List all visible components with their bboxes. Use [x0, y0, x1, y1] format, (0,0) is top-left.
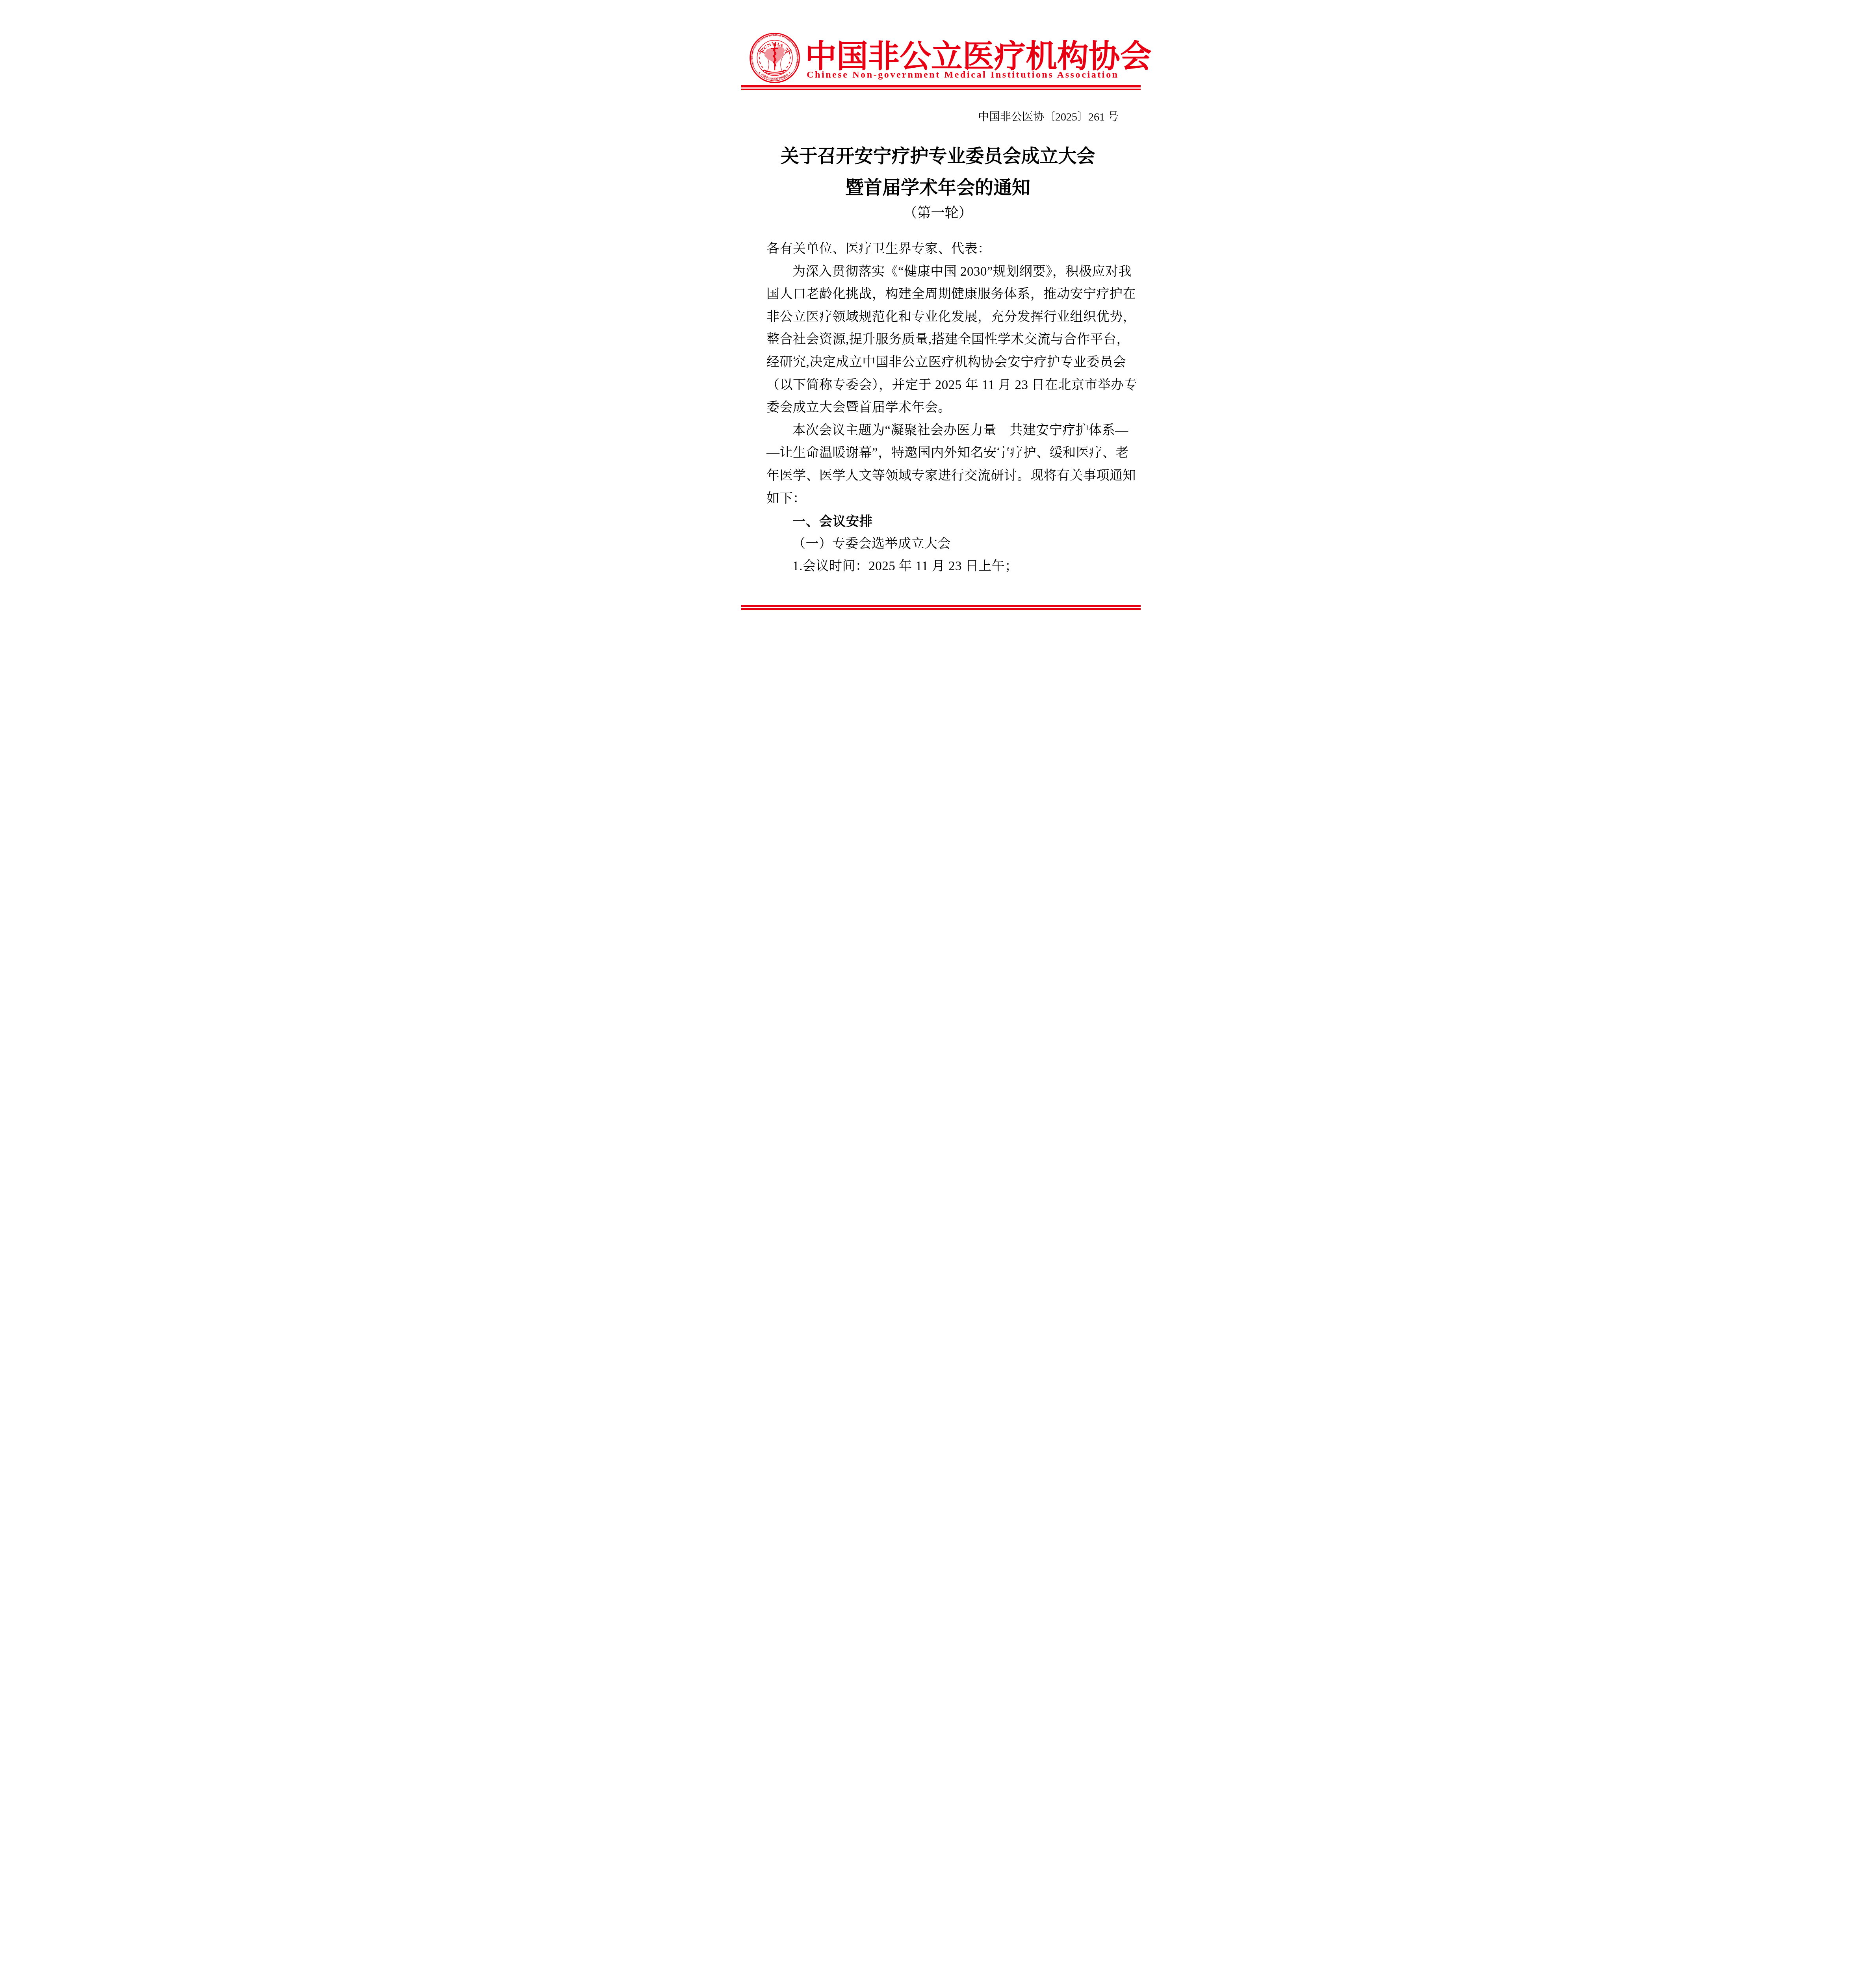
footer-rule-thin [741, 605, 1141, 607]
org-name-char: 构 [1057, 40, 1089, 73]
section-heading-meeting-arrangement: 一、会议安排 [766, 510, 1121, 533]
notice-title-line2: 暨首届学术年会的通知 [749, 176, 1127, 199]
body-line: —让生命温暖谢幕”，特邀国内外知名安宁疗护、缓和医疗、老 [766, 442, 1121, 465]
org-name-char: 立 [931, 40, 963, 73]
cnmia-seal-logo: CHINESE NON-GOVERNMENT MEDICAL INSTITUTI… [749, 32, 800, 83]
body-line: 为深入贯彻落实《“健康中国 2030”规划纲要》，积极应对我 [766, 261, 1121, 284]
org-name-char: 医 [963, 40, 994, 73]
notice-title-line1: 关于召开安宁疗护专业委员会成立大会 [749, 145, 1127, 168]
header-rule-thin [741, 89, 1141, 90]
body-line: 本次会议主题为“凝聚社会办医力量 共建安宁疗护体系— [766, 419, 1121, 442]
notice-title-round: （第一轮） [749, 204, 1127, 222]
org-name-char: 机 [1026, 40, 1057, 73]
salutation-line: 各有关单位、医疗卫生界专家、代表： [766, 238, 1121, 261]
body-line: 如下： [766, 488, 1121, 510]
header-rule-thick [741, 85, 1141, 87]
body-line: 年医学、医学人文等领域专家进行交流研讨。现将有关事项通知 [766, 465, 1121, 488]
body-line: 委会成立大会暨首届学术年会。 [766, 397, 1121, 419]
org-name-en: Chinese Non-government Medical Instituti… [807, 69, 1144, 80]
org-name-cn: 中国非公立医疗机构协会 [805, 40, 1132, 73]
subsection-heading-founding-congress: （一）专委会选举成立大会 [766, 533, 1121, 556]
body-line: （以下简称专委会），并定于 2025 年 11 月 23 日在北京市举办专 [766, 374, 1121, 397]
org-name-char: 疗 [994, 40, 1026, 73]
body-line: 国人口老龄化挑战，构建全周期健康服务体系，推动安宁疗护在 [766, 283, 1121, 306]
org-name-char: 会 [1120, 40, 1152, 73]
seal-chevrons-left [758, 48, 765, 53]
org-name-char: 非 [868, 40, 900, 73]
footer-rule-thick [741, 608, 1141, 610]
meeting-time-line: 1.会议时间：2025 年 11 月 23 日上午； [766, 555, 1121, 578]
body-line: 整合社会资源,提升服务质量,搭建全国性学术交流与合作平台， [766, 328, 1121, 351]
notice-body: 各有关单位、医疗卫生界专家、代表： 为深入贯彻落实《“健康中国 2030”规划纲… [766, 238, 1121, 578]
org-name-char: 中 [805, 40, 837, 73]
org-name-char: 公 [900, 40, 931, 73]
org-name-char: 协 [1089, 40, 1120, 73]
document-number: 中国非公医协〔2025〕261 号 [766, 111, 1119, 124]
document-page: CHINESE NON-GOVERNMENT MEDICAL INSTITUTI… [703, 0, 1173, 663]
body-line: 经研究,决定成立中国非公立医疗机构协会安宁疗护专业委员会 [766, 351, 1121, 374]
body-line: 非公立医疗领域规范化和专业化发展，充分发挥行业组织优势， [766, 306, 1121, 329]
seal-chevrons-right [785, 48, 791, 53]
org-name-char: 国 [837, 40, 868, 73]
cnmia-seal-graphic: CHINESE NON-GOVERNMENT MEDICAL INSTITUTI… [749, 32, 800, 83]
